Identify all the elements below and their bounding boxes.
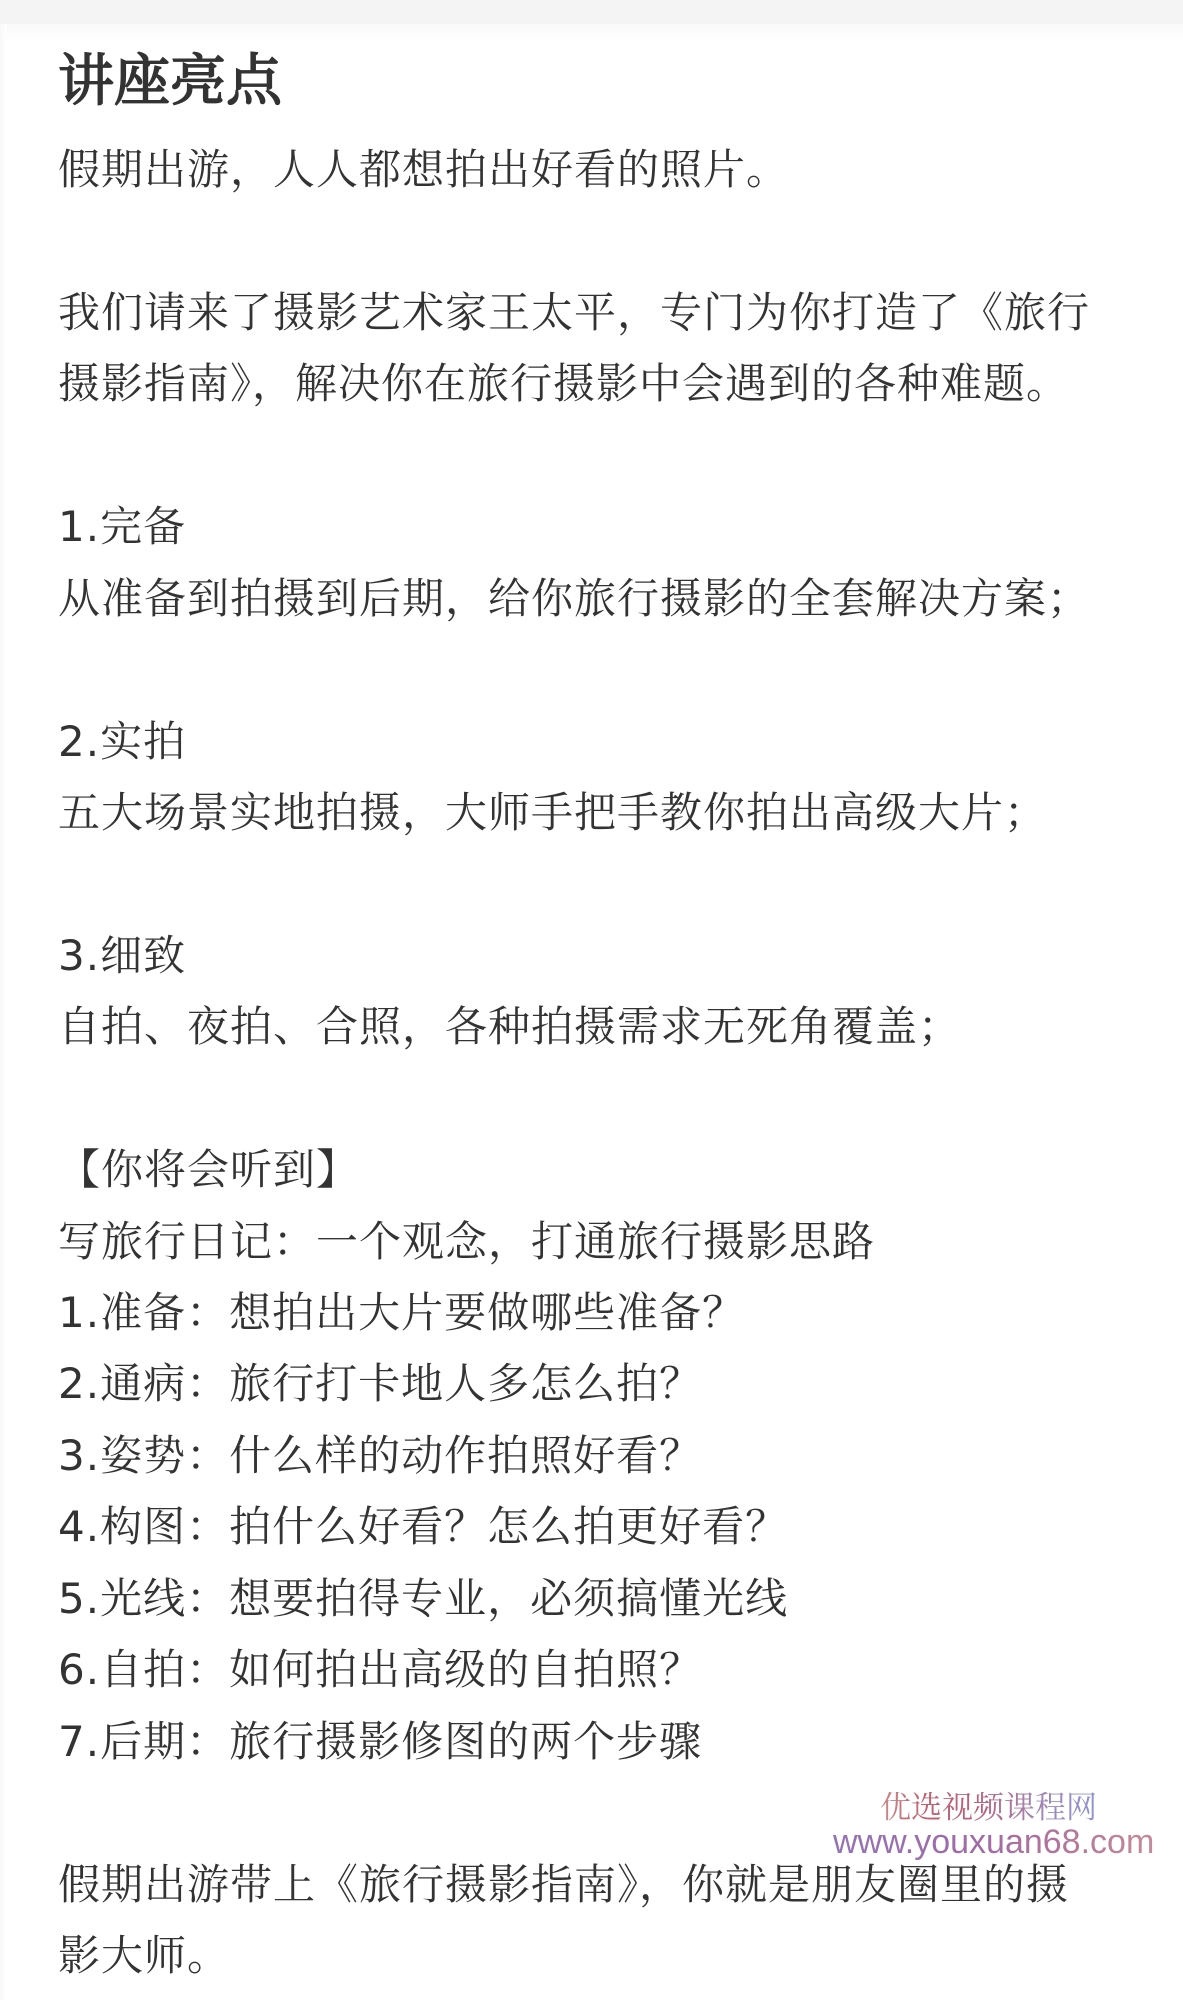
syllabus-item: 6.自拍：如何拍出高级的自拍照？ xyxy=(58,1634,1168,1705)
syllabus-item: 3.姿势：什么样的动作拍照好看？ xyxy=(58,1420,1168,1491)
watermark-site-name: 优选视频课程网 xyxy=(880,1792,1097,1824)
feature-text: 自拍、夜拍、合照，各种拍摄需求无死角覆盖； xyxy=(58,991,1168,1062)
feature-block: 3.细致 自拍、夜拍、合照，各种拍摄需求无死角覆盖； xyxy=(58,920,1168,1063)
syllabus-item: 2.通病：旅行打卡地人多怎么拍？ xyxy=(58,1348,1168,1419)
feature-block: 1.完备 从准备到拍摄到后期，给你旅行摄影的全套解决方案； xyxy=(58,491,1168,634)
syllabus-item: 1.准备：想拍出大片要做哪些准备？ xyxy=(58,1277,1168,1348)
syllabus-item: 4.构图：拍什么好看？怎么拍更好看？ xyxy=(58,1491,1168,1562)
top-status-band xyxy=(0,0,1183,24)
feature-block: 2.实拍 五大场景实地拍摄，大师手把手教你拍出高级大片； xyxy=(58,706,1168,849)
spacer xyxy=(58,848,1168,919)
feature-text: 从准备到拍摄到后期，给你旅行摄影的全套解决方案； xyxy=(58,563,1168,634)
description-line: 我们请来了摄影艺术家王太平，专门为你打造了《旅行 xyxy=(58,277,1168,348)
feature-heading: 1.完备 xyxy=(58,491,1168,562)
syllabus-item: 5.光线：想要拍得专业，必须搞懂光线 xyxy=(58,1563,1168,1634)
syllabus-section: 【你将会听到】 写旅行日记：一个观念，打通旅行摄影思路 1.准备：想拍出大片要做… xyxy=(58,1134,1168,1777)
syllabus-item: 写旅行日记：一个观念，打通旅行摄影思路 xyxy=(58,1206,1168,1277)
spacer xyxy=(58,1063,1168,1134)
watermark-url: www.youxuan68.com xyxy=(833,1822,1154,1862)
spacer xyxy=(58,634,1168,705)
feature-text: 五大场景实地拍摄，大师手把手教你拍出高级大片； xyxy=(58,777,1168,848)
article-body: 假期出游，人人都想拍出好看的照片。 我们请来了摄影艺术家王太平，专门为你打造了《… xyxy=(58,134,1168,1991)
intro-text: 假期出游，人人都想拍出好看的照片。 xyxy=(58,134,1168,205)
closing-line: 影大师。 xyxy=(58,1920,1168,1991)
left-edge-shade xyxy=(0,24,7,2000)
description-line: 摄影指南》，解决你在旅行摄影中会遇到的各种难题。 xyxy=(58,348,1168,419)
feature-heading: 2.实拍 xyxy=(58,706,1168,777)
spacer xyxy=(58,420,1168,491)
spacer xyxy=(58,205,1168,276)
syllabus-item: 7.后期：旅行摄影修图的两个步骤 xyxy=(58,1706,1168,1777)
top-band-shadow xyxy=(0,24,1183,42)
page-title: 讲座亮点 xyxy=(58,47,282,117)
syllabus-heading: 【你将会听到】 xyxy=(58,1134,1168,1205)
feature-heading: 3.细致 xyxy=(58,920,1168,991)
